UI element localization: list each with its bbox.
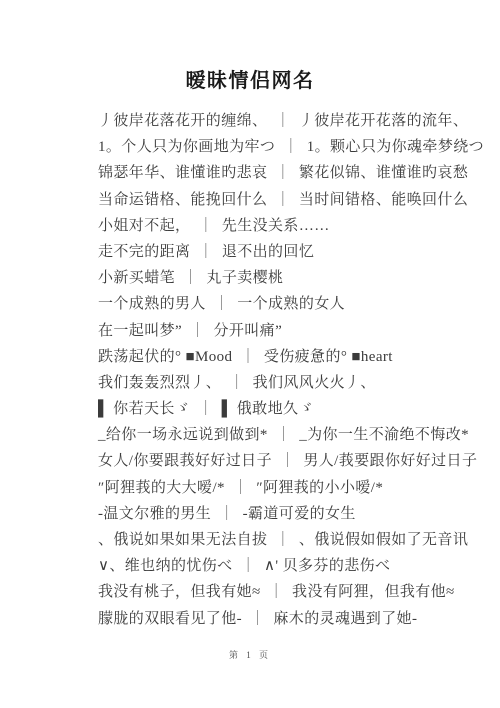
name-left: 我们轰轰烈烈丿、 — [98, 375, 221, 391]
pair-separator: ｜ — [280, 448, 295, 474]
name-pair-row: 跌荡起伏的° ■Mood｜受伤疲惫的° ■heart — [98, 344, 460, 370]
name-pair-row: 小姐对不起，｜先生没关系…… — [98, 213, 460, 239]
name-right: 先生没关系…… — [222, 218, 330, 234]
name-left: 跌荡起伏的° ■Mood — [98, 349, 232, 365]
name-pair-row: ▌ 你若天长ゞ｜▌ 俄敢地久ゞ — [98, 396, 460, 422]
pair-separator: ｜ — [198, 396, 213, 422]
pair-separator: ｜ — [250, 606, 265, 632]
name-right: 、俄说假如假如了无音讯 — [299, 532, 468, 548]
pair-separator: ｜ — [240, 344, 255, 370]
name-pair-row: ∨、维也纳的忧伤べ｜∧' 贝多芬的悲伤べ — [98, 553, 460, 579]
name-left: 我没有桃子，但我有她≈ — [98, 584, 261, 600]
name-pair-row: _给你一场永远说到做到*｜_为你一生不渝绝不悔改* — [98, 422, 460, 448]
name-right: 退不出的回忆 — [222, 244, 314, 260]
name-list: 丿彼岸花落花开的缠绵、｜丿彼岸花开花落的流年、 1。个人只为你画地为牢つ｜1。颗… — [0, 108, 500, 632]
name-left: 锦瑟年华、谁懂谁旳悲哀 — [98, 165, 267, 181]
page-title: 暧昧情侣网名 — [0, 0, 500, 93]
pair-separator: ｜ — [283, 134, 298, 160]
name-right: 受伤疲惫的° ■heart — [264, 349, 393, 365]
pair-separator: ｜ — [190, 318, 205, 344]
name-left: ″阿狸莪的大大嗳/* — [98, 480, 225, 496]
name-left: 、俄说如果如果无法自拔 — [98, 532, 267, 548]
name-right: 丸子卖樱桃 — [206, 270, 283, 286]
name-right: 繁花似锦、谁懂谁旳哀愁 — [299, 165, 468, 181]
name-pair-row: 丿彼岸花落花开的缠绵、｜丿彼岸花开花落的流年、 — [98, 108, 460, 134]
name-pair-row: 走不完的距离｜退不出的回忆 — [98, 239, 460, 265]
name-right: 丿彼岸花开花落的流年、 — [299, 113, 468, 129]
name-left: 小姐对不起， — [98, 218, 190, 234]
name-right: ∧' 贝多芬的悲伤べ — [264, 558, 390, 574]
name-pair-row: 朦胧的双眼看见了他-｜麻木的灵魂遇到了她- — [98, 606, 460, 632]
name-pair-row: 1。个人只为你画地为牢つ｜1。颗心只为你魂牵梦绕つ — [98, 134, 460, 160]
pair-separator: ｜ — [214, 291, 229, 317]
name-left: 朦胧的双眼看见了他- — [98, 611, 242, 627]
name-pair-row: 小新买蜡笔｜丸子卖樱桃 — [98, 265, 460, 291]
pair-separator: ｜ — [219, 501, 234, 527]
name-right: ″阿狸莪的小小嗳/* — [256, 480, 383, 496]
pair-separator: ｜ — [229, 370, 244, 396]
name-left: ▌ 你若天长ゞ — [98, 401, 190, 417]
document-page: 暧昧情侣网名 丿彼岸花落花开的缠绵、｜丿彼岸花开花落的流年、 1。个人只为你画地… — [0, 0, 500, 708]
pair-separator: ｜ — [183, 265, 198, 291]
name-right: 男人/莪要跟你好好过日子 — [303, 453, 477, 469]
name-pair-row: 我没有桃子，但我有她≈｜我没有阿狸，但我有他≈ — [98, 579, 460, 605]
pair-separator: ｜ — [275, 160, 290, 186]
pair-separator: ｜ — [198, 213, 213, 239]
name-left: 小新买蜡笔 — [98, 270, 175, 286]
name-right: 当时间错格、能唤回什么 — [299, 192, 468, 208]
name-left: 在一起叫梦” — [98, 323, 182, 339]
name-right: 一个成熟的女人 — [237, 296, 345, 312]
name-right: 1。颗心只为你魂牵梦绕つ — [307, 139, 484, 155]
name-left: 走不完的距离 — [98, 244, 190, 260]
page-number: 第 1 页 — [0, 648, 500, 661]
name-left: -温文尔雅的男生 — [98, 506, 211, 522]
name-right: 分开叫痛” — [213, 323, 282, 339]
name-left: 1。个人只为你画地为牢つ — [98, 139, 275, 155]
name-pair-row: 我们轰轰烈烈丿、｜我们风风火火丿、 — [98, 370, 460, 396]
name-right: 麻木的灵魂遇到了她- — [273, 611, 417, 627]
pair-separator: ｜ — [276, 422, 291, 448]
name-right: ▌ 俄敢地久ゞ — [222, 401, 314, 417]
name-left: 女人/你要跟莪好好过日子 — [98, 453, 272, 469]
name-pair-row: ″阿狸莪的大大嗳/*｜″阿狸莪的小小嗳/* — [98, 475, 460, 501]
pair-separator: ｜ — [275, 527, 290, 553]
name-left: 当命运错格、能挽回什么 — [98, 192, 267, 208]
pair-separator: ｜ — [275, 187, 290, 213]
name-pair-row: 在一起叫梦”｜分开叫痛” — [98, 318, 460, 344]
name-pair-row: 一个成熟的男人｜一个成熟的女人 — [98, 291, 460, 317]
name-pair-row: -温文尔雅的男生｜-霸道可爱的女生 — [98, 501, 460, 527]
name-right: 我没有阿狸，但我有他≈ — [292, 584, 455, 600]
name-pair-row: 当命运错格、能挽回什么｜当时间错格、能唤回什么 — [98, 187, 460, 213]
name-pair-row: 锦瑟年华、谁懂谁旳悲哀｜繁花似锦、谁懂谁旳哀愁 — [98, 160, 460, 186]
name-left: ∨、维也纳的忧伤べ — [98, 558, 233, 574]
pair-separator: ｜ — [269, 579, 284, 605]
name-right: -霸道可爱的女生 — [243, 506, 356, 522]
name-right: 我们风风火火丿、 — [253, 375, 376, 391]
name-left: 丿彼岸花落花开的缠绵、 — [98, 113, 267, 129]
pair-separator: ｜ — [275, 108, 290, 134]
name-left: _给你一场永远说到做到* — [98, 427, 268, 443]
pair-separator: ｜ — [233, 475, 248, 501]
pair-separator: ｜ — [241, 553, 256, 579]
name-left: 一个成熟的男人 — [98, 296, 206, 312]
name-right: _为你一生不渝绝不悔改* — [299, 427, 469, 443]
name-pair-row: 、俄说如果如果无法自拔｜、俄说假如假如了无音讯 — [98, 527, 460, 553]
name-pair-row: 女人/你要跟莪好好过日子｜男人/莪要跟你好好过日子 — [98, 448, 460, 474]
pair-separator: ｜ — [198, 239, 213, 265]
